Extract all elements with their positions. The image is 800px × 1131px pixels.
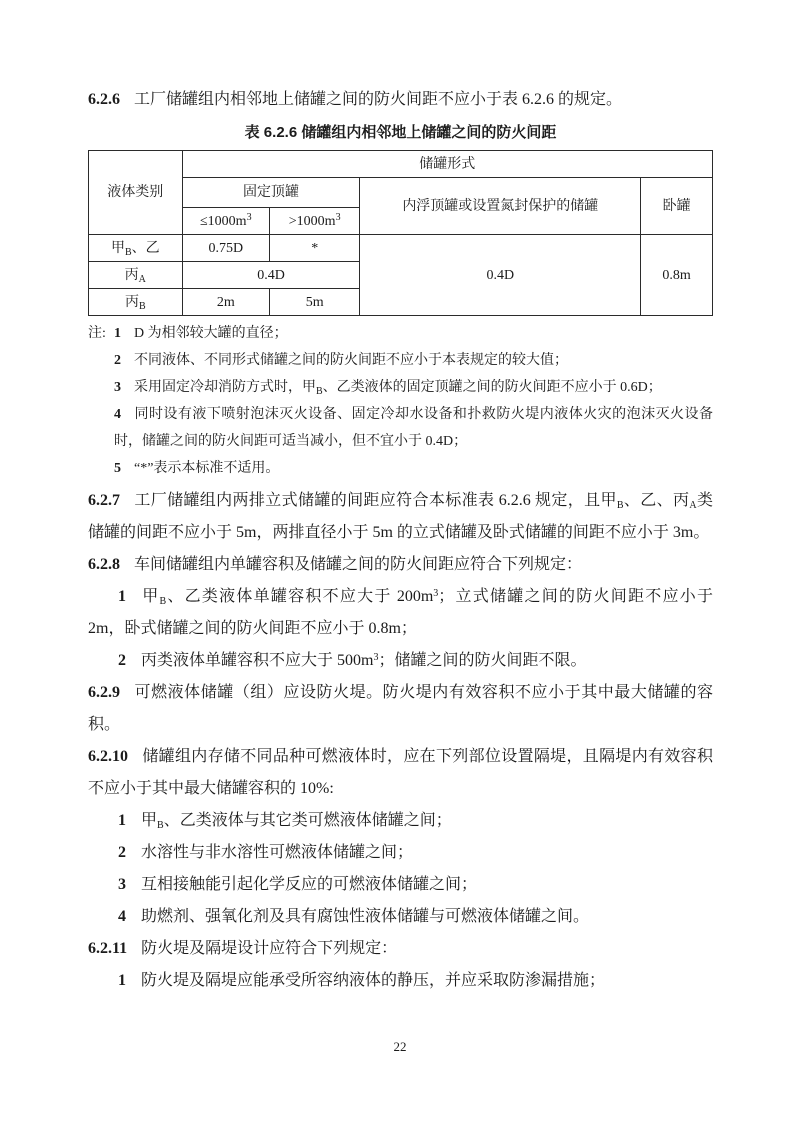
item-text: 水溶性与非水溶性可燃液体储罐之间； bbox=[141, 844, 413, 861]
item-6-2-11-1: 1防火堤及隔堤应能承受所容纳液体的静压，并应采取防渗漏措施； bbox=[88, 965, 713, 997]
clause-text: 车间储罐组内单罐容积及储罐之间的防火间距应符合下列规定： bbox=[134, 556, 582, 573]
cell-asterisk: * bbox=[269, 235, 359, 262]
item-text: 丙类液体单罐容积不应大于 500m3；储罐之间的防火间距不限。 bbox=[141, 652, 586, 669]
note-item-1: 注: 1D 为相邻较大罐的直径； bbox=[88, 320, 713, 347]
note-item-4: 4同时设有液下喷射泡沫灭火设备、固定冷却水设备和扑救防火堤内液体火灾的泡沫灭火设… bbox=[88, 401, 713, 455]
cell-inner-floating-tank: 内浮顶罐或设置氮封保护的储罐 bbox=[360, 178, 641, 235]
fire-distance-table: 液体类别 储罐形式 固定顶罐 内浮顶罐或设置氮封保护的储罐 卧罐 ≤1000m3… bbox=[88, 150, 713, 316]
cell-5m: 5m bbox=[269, 289, 359, 316]
item-6-2-10-4: 4助燃剂、强氧化剂及具有腐蚀性液体储罐与可燃液体储罐之间。 bbox=[88, 901, 713, 933]
clause-6-2-11: 6.2.11防火堤及隔堤设计应符合下列规定： bbox=[88, 933, 713, 965]
item-text: 助燃剂、强氧化剂及具有腐蚀性液体储罐与可燃液体储罐之间。 bbox=[141, 908, 589, 925]
cell-2m: 2m bbox=[182, 289, 269, 316]
clause-number: 6.2.11 bbox=[88, 940, 127, 957]
note-number: 2 bbox=[114, 353, 121, 368]
item-6-2-10-1: 1甲B、乙类液体与其它类可燃液体储罐之间； bbox=[88, 805, 713, 837]
note-item-3: 3采用固定冷却消防方式时，甲B、乙类液体的固定顶罐之间的防火间距不应小于 0.6… bbox=[88, 374, 713, 401]
table-row: 甲B、乙 0.75D * 0.4D 0.8m bbox=[89, 235, 713, 262]
note-number: 3 bbox=[114, 380, 121, 395]
item-number: 3 bbox=[118, 876, 126, 893]
item-6-2-10-3: 3互相接触能引起化学反应的可燃液体储罐之间； bbox=[88, 869, 713, 901]
item-6-2-8-1: 1甲B、乙类液体单罐容积不应大于 200m3；立式储罐之间的防火间距不应小于 2… bbox=[88, 581, 713, 645]
note-text: D 为相邻较大罐的直径； bbox=[134, 326, 288, 341]
cell-0-4d-floating: 0.4D bbox=[360, 235, 641, 316]
clause-6-2-9: 6.2.9可燃液体储罐（组）应设防火堤。防火堤内有效容积不应小于其中最大储罐的容… bbox=[88, 677, 713, 741]
item-6-2-10-2: 2水溶性与非水溶性可燃液体储罐之间； bbox=[88, 837, 713, 869]
table-title: 表 6.2.6 储罐组内相邻地上储罐之间的防火间距 bbox=[88, 121, 713, 145]
note-text: 同时设有液下喷射泡沫灭火设备、固定冷却水设备和扑救防火堤内液体火灾的泡沫灭火设备… bbox=[114, 407, 713, 449]
clause-number: 6.2.7 bbox=[88, 492, 120, 509]
cell-gt-1000m3: >1000m3 bbox=[269, 208, 359, 235]
cell-0-8m: 0.8m bbox=[641, 235, 713, 316]
cell-tank-form: 储罐形式 bbox=[182, 151, 712, 178]
page-footer: 22 bbox=[0, 1038, 800, 1056]
cell-fixed-roof-tank: 固定顶罐 bbox=[182, 178, 360, 208]
cell-liquid-category: 液体类别 bbox=[89, 151, 183, 235]
item-number: 4 bbox=[118, 908, 126, 925]
item-6-2-8-2: 2丙类液体单罐容积不应大于 500m3；储罐之间的防火间距不限。 bbox=[88, 645, 713, 677]
item-text: 甲B、乙类液体与其它类可燃液体储罐之间； bbox=[141, 812, 452, 829]
clause-text: 工厂储罐组内相邻地上储罐之间的防火间距不应小于表 6.2.6 的规定。 bbox=[134, 91, 622, 108]
clause-6-2-6: 6.2.6工厂储罐组内相邻地上储罐之间的防火间距不应小于表 6.2.6 的规定。 bbox=[88, 84, 713, 116]
note-number: 1 bbox=[114, 326, 121, 341]
item-number: 1 bbox=[118, 588, 126, 605]
clause-text: 储罐组内存储不同品种可燃液体时，应在下列部位设置隔堤，且隔堤内有效容积不应小于其… bbox=[88, 748, 713, 797]
note-text: “*”表示本标准不适用。 bbox=[134, 461, 279, 476]
table-notes: 注: 1D 为相邻较大罐的直径； 2不同液体、不同形式储罐之间的防火间距不应小于… bbox=[88, 320, 713, 482]
note-item-2: 2不同液体、不同形式储罐之间的防火间距不应小于本表规定的较大值； bbox=[88, 347, 713, 374]
clause-6-2-7: 6.2.7工厂储罐组内两排立式储罐的间距应符合本标准表 6.2.6 规定，且甲B… bbox=[88, 485, 713, 549]
clause-6-2-8: 6.2.8车间储罐组内单罐容积及储罐之间的防火间距应符合下列规定： bbox=[88, 549, 713, 581]
cell-0-75d: 0.75D bbox=[182, 235, 269, 262]
note-number: 4 bbox=[114, 407, 121, 422]
item-number: 2 bbox=[118, 652, 126, 669]
clause-text: 防火堤及隔堤设计应符合下列规定： bbox=[141, 940, 397, 957]
item-number: 1 bbox=[118, 812, 126, 829]
page-number: 22 bbox=[394, 1039, 407, 1054]
clause-number: 6.2.8 bbox=[88, 556, 120, 573]
cell-horizontal-tank: 卧罐 bbox=[641, 178, 713, 235]
page-content: 6.2.6工厂储罐组内相邻地上储罐之间的防火间距不应小于表 6.2.6 的规定。… bbox=[88, 84, 713, 997]
cell-cat-bing-b: 丙B bbox=[89, 289, 183, 316]
clause-number: 6.2.10 bbox=[88, 748, 128, 765]
clause-text: 可燃液体储罐（组）应设防火堤。防火堤内有效容积不应小于其中最大储罐的容积。 bbox=[88, 684, 713, 733]
cell-0-4d-span: 0.4D bbox=[182, 262, 360, 289]
item-text: 防火堤及隔堤应能承受所容纳液体的静压，并应采取防渗漏措施； bbox=[141, 972, 605, 989]
item-text: 甲B、乙类液体单罐容积不应大于 200m3；立式储罐之间的防火间距不应小于 2m… bbox=[88, 588, 713, 637]
document-page: 6.2.6工厂储罐组内相邻地上储罐之间的防火间距不应小于表 6.2.6 的规定。… bbox=[0, 0, 800, 1131]
cell-le-1000m3: ≤1000m3 bbox=[182, 208, 269, 235]
item-text: 互相接触能引起化学反应的可燃液体储罐之间； bbox=[141, 876, 477, 893]
notes-label: 注: bbox=[88, 320, 114, 347]
note-number: 5 bbox=[114, 461, 121, 476]
item-number: 2 bbox=[118, 844, 126, 861]
clause-number: 6.2.9 bbox=[88, 684, 120, 701]
cell-cat-jia-b-yi: 甲B、乙 bbox=[89, 235, 183, 262]
clause-text: 工厂储罐组内两排立式储罐的间距应符合本标准表 6.2.6 规定，且甲B、乙、丙A… bbox=[88, 492, 713, 541]
note-text: 不同液体、不同形式储罐之间的防火间距不应小于本表规定的较大值； bbox=[134, 353, 568, 368]
note-item-5: 5“*”表示本标准不适用。 bbox=[88, 455, 713, 482]
clause-6-2-10: 6.2.10储罐组内存储不同品种可燃液体时，应在下列部位设置隔堤，且隔堤内有效容… bbox=[88, 741, 713, 805]
clause-number: 6.2.6 bbox=[88, 91, 120, 108]
cell-cat-bing-a: 丙A bbox=[89, 262, 183, 289]
note-text: 采用固定冷却消防方式时，甲B、乙类液体的固定顶罐之间的防火间距不应小于 0.6D… bbox=[134, 380, 662, 395]
item-number: 1 bbox=[118, 972, 126, 989]
